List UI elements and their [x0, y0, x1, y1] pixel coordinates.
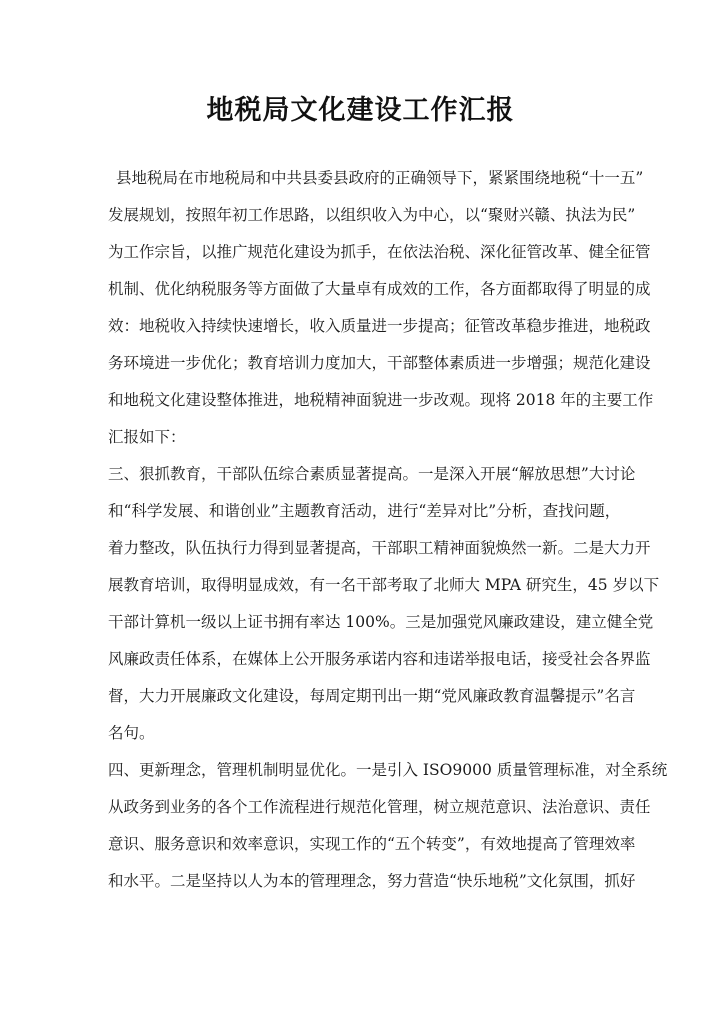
- paragraph-line: 效：地税收入持续快速增长，收入质量进一步提高；征管改革稳步推进，地税政: [108, 316, 614, 336]
- paragraph-line: 发展规划，按照年初工作思路，以组织收入为中心，以“聚财兴赣、执法为民”: [108, 205, 614, 225]
- document-page: 地税局文化建设工作汇报 县地税局在市地税局和中共县委县政府的正确领导下，紧紧围绕…: [0, 0, 721, 1020]
- paragraph-line: 为工作宗旨，以推广规范化建设为抓手，在依法治税、深化征管改革、健全征管: [108, 242, 614, 262]
- paragraph-line: 机制、优化纳税服务等方面做了大量卓有成效的工作，各方面都取得了明显的成: [108, 279, 614, 299]
- paragraph-line: 展教育培训，取得明显成效，有一名干部考取了北师大 MPA 研究生，45 岁以下: [108, 575, 614, 595]
- paragraph-line: 县地税局在市地税局和中共县委县政府的正确领导下，紧紧围绕地税“十一五”: [116, 168, 614, 188]
- paragraph-line: 从政务到业务的各个工作流程进行规范化管理，树立规范意识、法治意识、责任: [108, 797, 614, 817]
- paragraph-line: 和地税文化建设整体推进，地税精神面貌进一步改观。现将 2018 年的主要工作: [108, 390, 614, 410]
- section-4-heading-line: 四、更新理念，管理机制明显优化。一是引入 ISO9000 质量管理标准，对全系统: [108, 760, 614, 780]
- paragraph-line: 务环境进一步优化；教育培训力度加大，干部整体素质进一步增强；规范化建设: [108, 353, 614, 373]
- section-3-heading-line: 三、狠抓教育，干部队伍综合素质显著提高。一是深入开展“解放思想”大讨论: [108, 464, 614, 484]
- paragraph-line: 督，大力开展廉政文化建设，每周定期刊出一期“党风廉政教育温馨提示”名言: [108, 686, 614, 706]
- paragraph-line: 和“科学发展、和谐创业”主题教育活动，进行“差异对比”分析，查找问题，: [108, 501, 614, 521]
- document-title: 地税局文化建设工作汇报: [0, 88, 721, 127]
- paragraph-line: 和水平。二是坚持以人为本的管理理念，努力营造“快乐地税”文化氛围，抓好: [108, 871, 614, 891]
- paragraph-line: 意识、服务意识和效率意识，实现工作的“五个转变”，有效地提高了管理效率: [108, 834, 614, 854]
- paragraph-line: 汇报如下：: [108, 427, 614, 447]
- paragraph-line: 风廉政责任体系，在媒体上公开服务承诺内容和违诺举报电话，接受社会各界监: [108, 649, 614, 669]
- paragraph-line: 名句。: [108, 723, 614, 743]
- paragraph-line: 干部计算机一级以上证书拥有率达 100%。三是加强党风廉政建设，建立健全党: [108, 612, 614, 632]
- paragraph-line: 着力整改，队伍执行力得到显著提高，干部职工精神面貌焕然一新。二是大力开: [108, 538, 614, 558]
